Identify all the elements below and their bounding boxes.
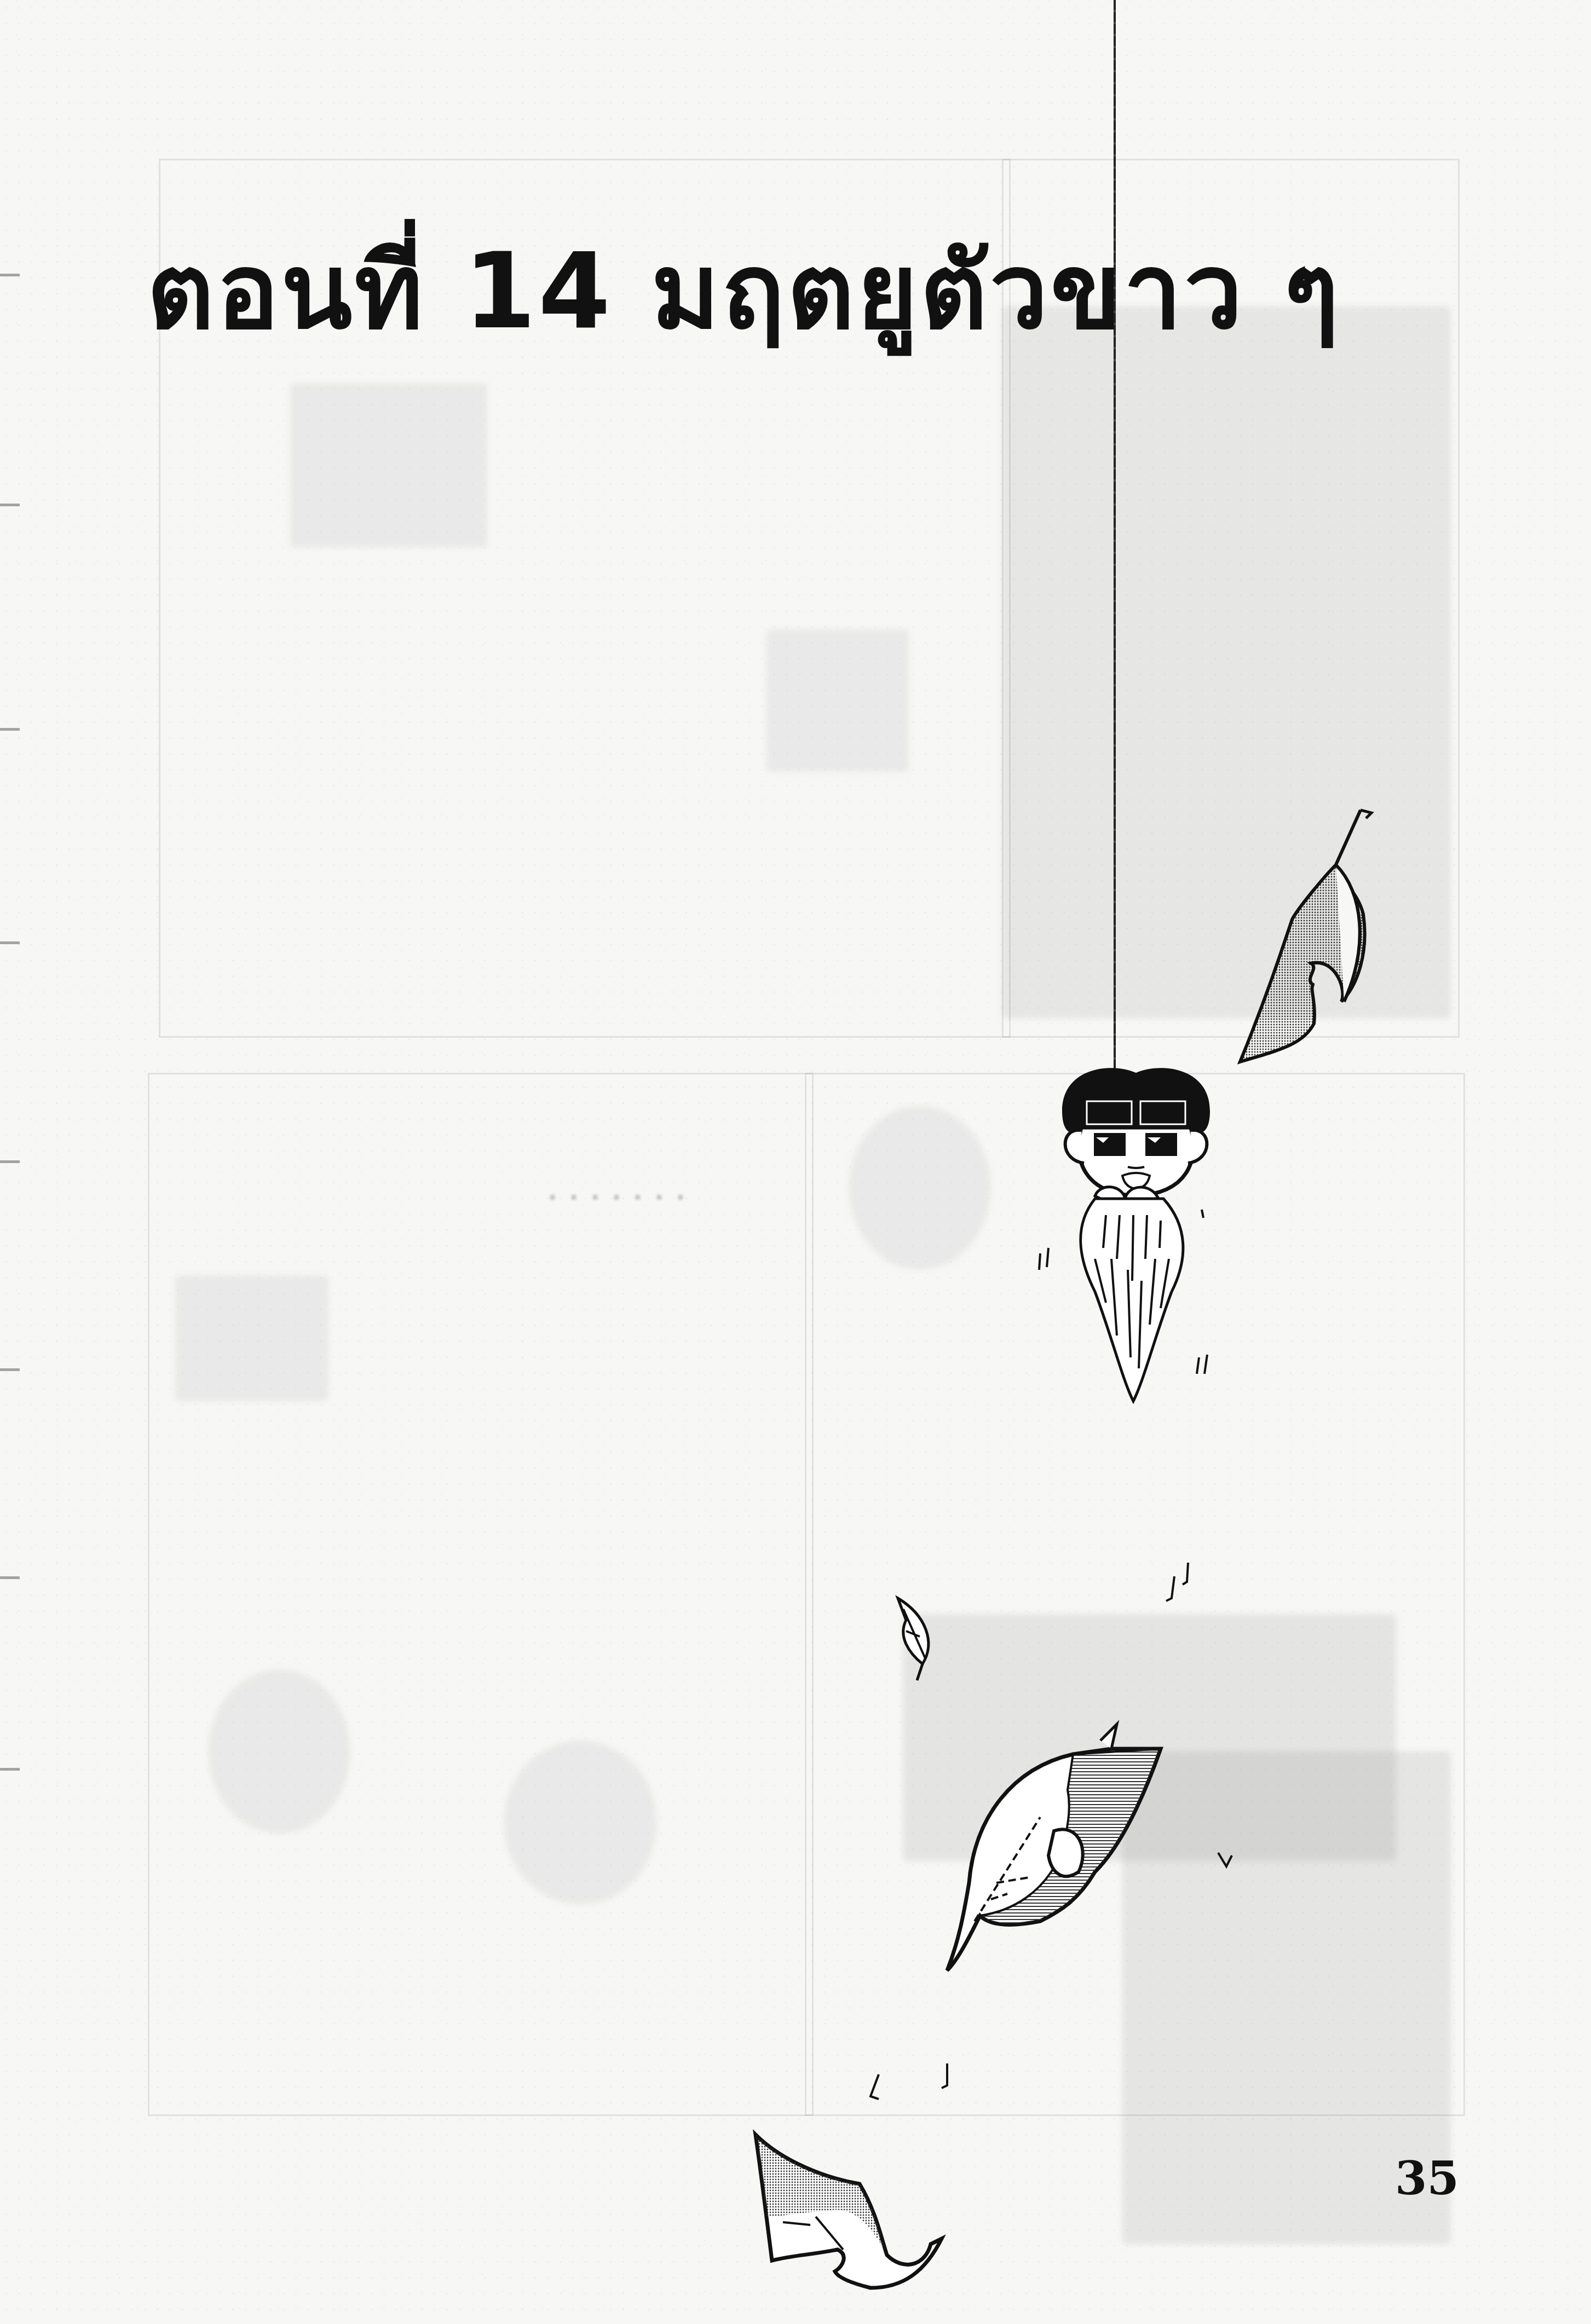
page-number: 35 — [1395, 2151, 1459, 2205]
edge-mark — [0, 274, 20, 276]
ghost-shape — [290, 383, 487, 547]
falling-leaf-2 — [892, 1593, 942, 1686]
ghost-shape — [849, 1106, 991, 1270]
chapter-title: ตอนที่ 14 มฤตยูตัวขาว ๆ — [147, 208, 1341, 373]
edge-mark — [0, 1160, 20, 1163]
edge-mark — [0, 504, 20, 506]
ghost-shape — [175, 1275, 328, 1401]
motion-marks — [865, 2063, 975, 2118]
ghost-shape — [504, 1741, 657, 1905]
ghost-panel-frame — [148, 1073, 814, 2116]
chibi-cocoon-character — [1029, 1051, 1248, 1412]
falling-leaf-4 — [739, 2129, 969, 2293]
edge-mark — [0, 1368, 20, 1371]
edge-mark — [0, 941, 20, 944]
hanging-thread — [1114, 0, 1116, 1073]
ghost-text: · · · · · · · — [547, 1182, 687, 1213]
ghost-shape — [766, 629, 909, 772]
edge-mark — [0, 1768, 20, 1771]
motion-marks — [1215, 1850, 1237, 1872]
falling-leaf-1 — [1232, 805, 1396, 1067]
ghost-shape — [208, 1669, 350, 1834]
comic-page: · · · · · · · ตอนที่ 14 มฤตยูตัวขาว ๆ — [0, 0, 1591, 2324]
edge-mark — [0, 1576, 20, 1579]
motion-marks — [1166, 1560, 1199, 1604]
falling-leaf-3 — [931, 1708, 1172, 1981]
edge-mark — [0, 728, 20, 731]
